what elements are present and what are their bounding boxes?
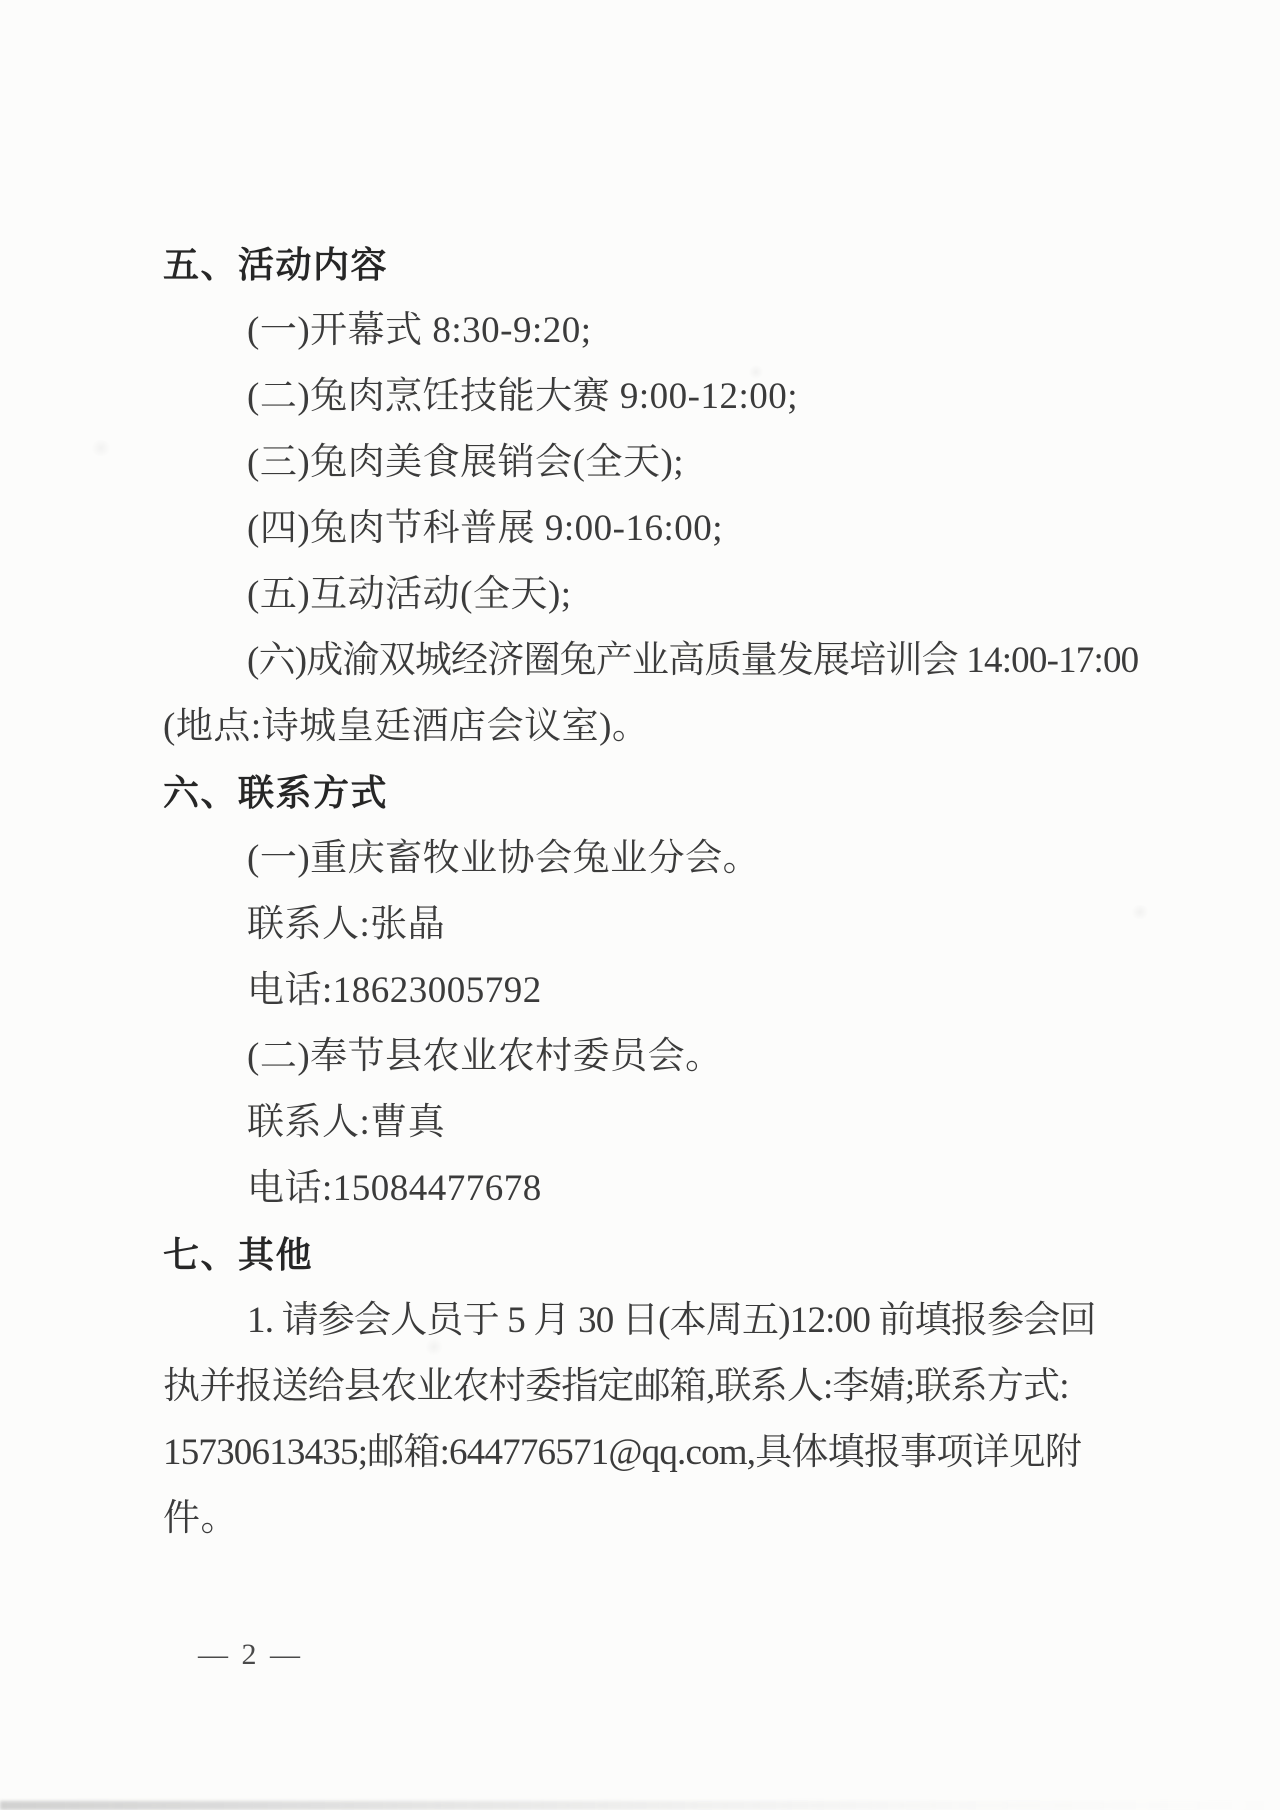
activity-item-2-cooking-contest: (二)兔肉烹饪技能大赛 9:00-12:00; — [163, 364, 1143, 430]
activity-item-6-training: (六)成渝双城经济圈兔产业高质量发展培训会 14:00-17:00 — [163, 628, 1143, 694]
scan-smudge — [425, 1338, 443, 1356]
scan-smudge — [90, 440, 112, 456]
contact-phone-2: 电话:15084477678 — [163, 1156, 1143, 1222]
other-note-line-4: 件。 — [163, 1486, 1143, 1552]
page-number: — 2 — — [198, 1634, 303, 1676]
scan-bottom-edge-artifact — [0, 1801, 1280, 1810]
activity-item-5-interactive: (五)互动活动(全天); — [163, 562, 1143, 628]
scan-smudge — [1130, 905, 1150, 919]
other-note-line-1: 1. 请参会人员于 5 月 30 日(本周五)12:00 前填报参会回 — [163, 1288, 1143, 1354]
section-heading-contacts: 六、联系方式 — [163, 760, 1143, 826]
scanned-document-page: 五、活动内容 (一)开幕式 8:30-9:20; (二)兔肉烹饪技能大赛 9:0… — [0, 0, 1280, 1810]
activity-item-1-opening: (一)开幕式 8:30-9:20; — [163, 298, 1143, 364]
contact-org-1: (一)重庆畜牧业协会兔业分会。 — [163, 826, 1143, 892]
other-note-line-2: 执并报送给县农业农村委指定邮箱,联系人:李婧;联系方式: — [163, 1354, 1143, 1420]
other-note-line-3: 15730613435;邮箱:644776571@qq.com,具体填报事项详见… — [163, 1420, 1143, 1486]
section-heading-other: 七、其他 — [163, 1222, 1143, 1288]
scan-smudge — [748, 365, 764, 379]
activity-item-3-food-expo: (三)兔肉美食展销会(全天); — [163, 430, 1143, 496]
contact-phone-1: 电话:18623005792 — [163, 958, 1143, 1024]
document-body: 五、活动内容 (一)开幕式 8:30-9:20; (二)兔肉烹饪技能大赛 9:0… — [163, 232, 1143, 1552]
contact-person-1: 联系人:张晶 — [163, 892, 1143, 958]
contact-org-2: (二)奉节县农业农村委员会。 — [163, 1024, 1143, 1090]
activity-item-4-science-expo: (四)兔肉节科普展 9:00-16:00; — [163, 496, 1143, 562]
activity-item-6-location: (地点:诗城皇廷酒店会议室)。 — [163, 694, 1143, 760]
section-heading-activities: 五、活动内容 — [163, 232, 1143, 298]
contact-person-2: 联系人:曹真 — [163, 1090, 1143, 1156]
